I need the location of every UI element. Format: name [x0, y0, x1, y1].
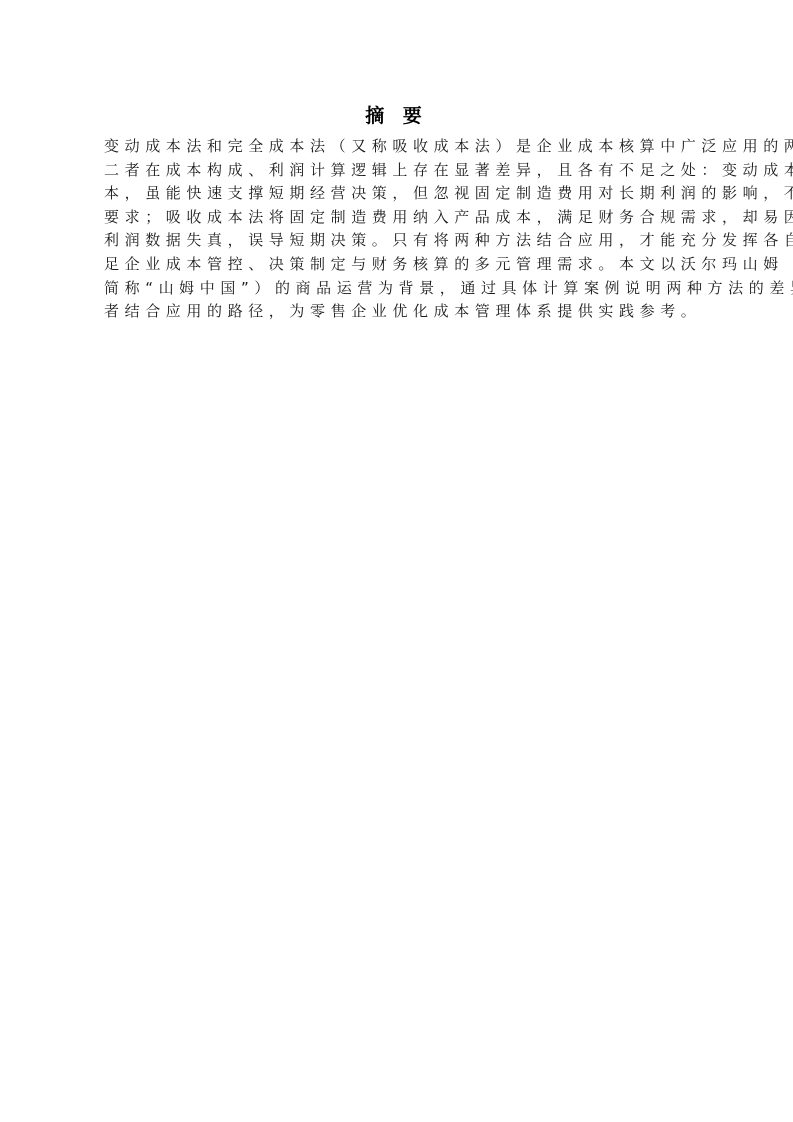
page-title: 摘 要 — [0, 103, 793, 129]
abstract-line: 足企业成本管控、决策制定与财务核算的多元管理需求。本文以沃尔玛山姆（中国）（以下 — [104, 253, 694, 277]
abstract-line: 本，虽能快速支撑短期经营决策，但忽视固定制造费用对长期利润的影响，不符合财务报告 — [104, 182, 694, 206]
abstract-body: 变动成本法和完全成本法（又称吸收成本法）是企业成本核算中广泛应用的两种基本方法，… — [104, 135, 694, 324]
abstract-line: 利润数据失真，误导短期决策。只有将两种方法结合应用，才能充分发挥各自优势，全面满 — [104, 229, 694, 253]
abstract-line: 变动成本法和完全成本法（又称吸收成本法）是企业成本核算中广泛应用的两种基本方法， — [104, 135, 694, 159]
abstract-line: 要求；吸收成本法将固定制造费用纳入产品成本，满足财务合规需求，却易因库存变动导致 — [104, 206, 694, 230]
abstract-line: 二者在成本构成、利润计算逻辑上存在显著差异，且各有不足之处：变动成本法聚焦变动成 — [104, 159, 694, 183]
abstract-line: 者结合应用的路径，为零售企业优化成本管理体系提供实践参考。 — [104, 300, 694, 324]
abstract-line: 简称“山姆中国”）的商品运营为背景，通过具体计算案例说明两种方法的差异，进而探索… — [104, 277, 694, 301]
